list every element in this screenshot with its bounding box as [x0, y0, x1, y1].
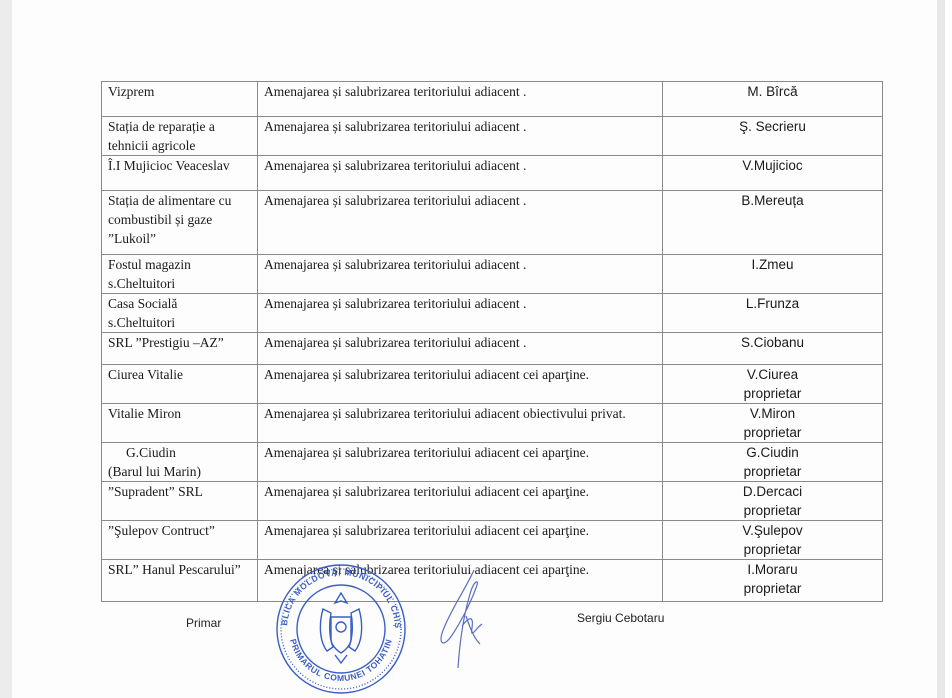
responsible-cell: G.Ciudinproprietar — [663, 443, 883, 482]
activity-cell: Amenajarea și salubrizarea teritoriului … — [258, 443, 663, 482]
organization-line: Fostul magazin — [108, 255, 251, 274]
responsible-role: proprietar — [669, 384, 876, 403]
responsible-role: proprietar — [669, 462, 876, 481]
table-row: Stația de reparație atehnicii agricoleAm… — [102, 117, 883, 156]
table-row: SRL ”Prestigiu –AZ”Amenajarea și salubri… — [102, 333, 883, 365]
responsible-name: B.Mereuța — [669, 191, 876, 210]
responsible-name: G.Ciudin — [669, 443, 876, 462]
responsible-cell: I.Zmeu — [663, 255, 883, 294]
responsible-name: S.Ciobanu — [669, 333, 876, 352]
organization-line: ”Supradent” SRL — [108, 482, 251, 501]
responsible-cell: S.Ciobanu — [663, 333, 883, 365]
organization-line: Vitalie Miron — [108, 404, 251, 423]
responsible-name: D.Dercaci — [669, 482, 876, 501]
activity-cell: Amenajarea și salubrizarea teritoriului … — [258, 333, 663, 365]
organization-cell: Ciurea Vitalie — [102, 365, 258, 404]
organization-line: Stația de alimentare cu — [108, 191, 251, 210]
organization-line: Ciurea Vitalie — [108, 365, 251, 384]
activity-cell: Amenajarea și salubrizarea teritoriului … — [258, 117, 663, 156]
responsible-cell: L.Frunza — [663, 294, 883, 333]
responsibility-table: VizpremAmenajarea și salubrizarea terito… — [101, 81, 883, 602]
official-stamp-icon: REPUBLICA MOLDOVA, MUNICIPIUL CHIȘINĂU P… — [275, 563, 407, 695]
responsible-name: Ş. Secrieru — [669, 117, 876, 136]
responsible-role: proprietar — [669, 501, 876, 520]
organization-line: SRL ”Prestigiu –AZ” — [108, 333, 251, 352]
table-row: Stația de alimentare cucombustibil și ga… — [102, 191, 883, 255]
responsible-cell: V.Mironproprietar — [663, 404, 883, 443]
organization-cell: ”Şulepov Contruct” — [102, 521, 258, 560]
activity-cell: Amenajarea și salubrizarea teritoriului … — [258, 521, 663, 560]
activity-cell: Amenajarea și salubrizarea teritoriului … — [258, 156, 663, 191]
responsible-cell: D.Dercaciproprietar — [663, 482, 883, 521]
table-row: ”Supradent” SRLAmenajarea și salubrizare… — [102, 482, 883, 521]
organization-cell: SRL” Hanul Pescarului” — [102, 560, 258, 602]
organization-line: ”Lukoil” — [108, 229, 251, 248]
responsible-role: proprietar — [669, 579, 876, 598]
organization-line: G.Ciudin — [108, 443, 251, 462]
table-row: Casa Socialăs.CheltuitoriAmenajarea și s… — [102, 294, 883, 333]
responsible-name: I.Moraru — [669, 560, 876, 579]
organization-cell: G.Ciudin(Barul lui Marin) — [102, 443, 258, 482]
table-row: Vitalie MironAmenajarea și salubrizarea … — [102, 404, 883, 443]
responsible-name: I.Zmeu — [669, 255, 876, 274]
organization-line: Vizprem — [108, 82, 251, 101]
organization-line: ”Şulepov Contruct” — [108, 521, 251, 540]
organization-cell: Fostul magazins.Cheltuitori — [102, 255, 258, 294]
organization-line: Casa Socială — [108, 294, 251, 313]
organization-line: s.Cheltuitori — [108, 274, 251, 293]
table-row: Ciurea VitalieAmenajarea și salubrizarea… — [102, 365, 883, 404]
responsible-name: L.Frunza — [669, 294, 876, 313]
responsible-name: V.Ciurea — [669, 365, 876, 384]
responsible-cell: V.Ciureaproprietar — [663, 365, 883, 404]
responsible-name: M. Bîrcă — [669, 82, 876, 101]
organization-line: Stația de reparație a — [108, 117, 251, 136]
organization-cell: Casa Socialăs.Cheltuitori — [102, 294, 258, 333]
responsible-cell: Ş. Secrieru — [663, 117, 883, 156]
activity-cell: Amenajarea și salubrizarea teritoriului … — [258, 255, 663, 294]
table-row: G.Ciudin(Barul lui Marin)Amenajarea și s… — [102, 443, 883, 482]
responsible-name: V.Şulepov — [669, 521, 876, 540]
responsible-cell: B.Mereuța — [663, 191, 883, 255]
organization-cell: ”Supradent” SRL — [102, 482, 258, 521]
organization-line: (Barul lui Marin) — [108, 462, 251, 481]
activity-cell: Amenajarea și salubrizarea teritoriului … — [258, 82, 663, 117]
scrollbar-track[interactable] — [937, 0, 945, 698]
page-margin-left — [0, 0, 12, 698]
organization-cell: Vitalie Miron — [102, 404, 258, 443]
table-row: VizpremAmenajarea și salubrizarea terito… — [102, 82, 883, 117]
table-row: ”Şulepov Contruct”Amenajarea și salubriz… — [102, 521, 883, 560]
organization-cell: SRL ”Prestigiu –AZ” — [102, 333, 258, 365]
responsible-cell: M. Bîrcă — [663, 82, 883, 117]
organization-line: Î.I Mujicioc Veaceslav — [108, 156, 251, 175]
organization-cell: Stația de alimentare cucombustibil și ga… — [102, 191, 258, 255]
table-row: Î.I Mujicioc VeaceslavAmenajarea și salu… — [102, 156, 883, 191]
signatory-role: Primar — [186, 616, 221, 630]
activity-cell: Amenajarea și salubrizarea teritoriului … — [258, 294, 663, 333]
responsible-cell: V.Şulepovproprietar — [663, 521, 883, 560]
responsible-role: proprietar — [669, 423, 876, 442]
organization-cell: Î.I Mujicioc Veaceslav — [102, 156, 258, 191]
responsible-cell: I.Moraruproprietar — [663, 560, 883, 602]
responsible-name: V.Mujicioc — [669, 156, 876, 175]
organization-line: combustibil și gaze — [108, 210, 251, 229]
organization-cell: Stația de reparație atehnicii agricole — [102, 117, 258, 156]
organization-cell: Vizprem — [102, 82, 258, 117]
activity-cell: Amenajarea și salubrizarea teritoriului … — [258, 482, 663, 521]
table-row: Fostul magazins.CheltuitoriAmenajarea și… — [102, 255, 883, 294]
activity-cell: Amenajarea și salubrizarea teritoriului … — [258, 404, 663, 443]
signatory-name: Sergiu Cebotaru — [577, 611, 664, 625]
signature-icon — [430, 568, 500, 673]
responsible-name: V.Miron — [669, 404, 876, 423]
organization-line: SRL” Hanul Pescarului” — [108, 560, 251, 579]
organization-line: s.Cheltuitori — [108, 313, 251, 332]
responsible-role: proprietar — [669, 540, 876, 559]
activity-cell: Amenajarea și salubrizarea teritoriului … — [258, 191, 663, 255]
organization-line: tehnicii agricole — [108, 136, 251, 155]
responsible-cell: V.Mujicioc — [663, 156, 883, 191]
activity-cell: Amenajarea și salubrizarea teritoriului … — [258, 365, 663, 404]
